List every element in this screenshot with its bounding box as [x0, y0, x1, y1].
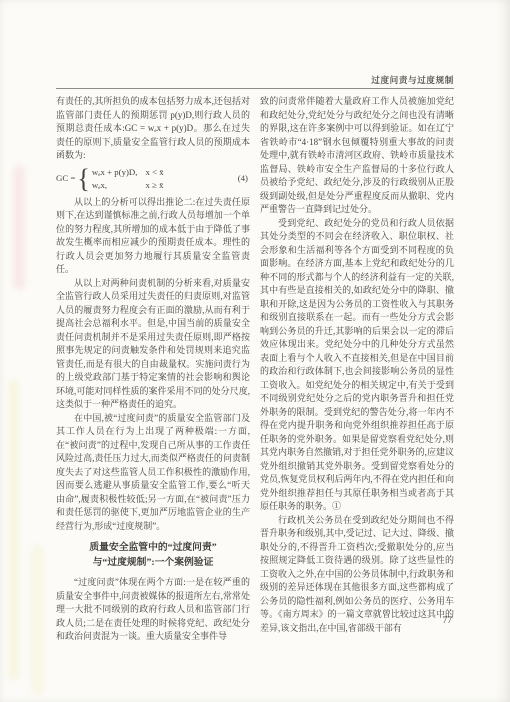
paragraph-continued-from-previous-page: 有责任的,其所担负的成本包括努力成本,还包括对监管部门责任人的预期惩罚 p(y)…	[56, 95, 250, 163]
paragraph-civil-servant-rules: 行政机关公务员在受到政纪处分期间也不得晋升职务和级别,其中,受记过、记大过、降级…	[260, 514, 454, 636]
section-heading-line2: 与“过度规制”:一个案例验证	[56, 555, 250, 570]
case2-condition: x ≥ x̄	[145, 179, 163, 192]
case2-expression: wₑx,	[92, 179, 138, 192]
equation-4: GC = { wₑx + p(y)D, x < x̄ wₑx, x ≥ x̄ (…	[56, 166, 250, 192]
case1-expression: wₑx + p(y)D,	[92, 166, 138, 179]
paragraph-corollary: 从以上的分析可以得出推论二:在过失责任原则下,在达到谨慎标准之前,行政人员每增加…	[56, 196, 250, 277]
scan-stain	[13, 165, 25, 290]
equation-number: (4)	[238, 172, 250, 186]
running-header: 过度问责与过度规制	[371, 74, 454, 86]
paragraph-case-continued: 致的问责常伴随着大量政府工作人员被施加党纪和政纪处分,党纪处分与政纪处分之间也没…	[260, 95, 454, 217]
right-column: 致的问责常伴随着大量政府工作人员被施加党纪和政纪处分,党纪处分与政纪处分之间也没…	[260, 95, 454, 644]
paragraph-punishment-effects: 受到党纪、政纪处分的党员和行政人员依据其处分类型的不同会在经济收入、职位职权、社…	[260, 217, 454, 514]
section-heading: 质量安全监管中的“过度问责” 与“过度规制”:一个案例验证	[56, 540, 250, 570]
paragraph-case-intro: “过度问责”体现在两个方面:一是在较严重的质量安全事件中,问责被媒体的报道所左右…	[56, 576, 250, 644]
case1-condition: x < x̄	[145, 166, 163, 179]
scan-edge-shadow	[496, 0, 510, 702]
left-column: 有责任的,其所担负的成本包括努力成本,还包括对监管部门责任人的预期惩罚 p(y)…	[56, 95, 250, 644]
brace-glyph: {	[77, 165, 89, 192]
paragraph-two-extremes: 在中国,被“过度问责”的质量安全监管部门及其工作人员在行为上出现了两种极端:一方…	[56, 412, 250, 534]
text-columns: 有责任的,其所担负的成本包括努力成本,还包括对监管部门责任人的预期惩罚 p(y)…	[56, 95, 454, 644]
equation-lhs: GC =	[56, 172, 75, 186]
document-page: 过度问责与过度规制 有责任的,其所担负的成本包括努力成本,还包括对监管部门责任人…	[0, 0, 510, 702]
page-number: 77	[443, 616, 453, 626]
paragraph-analysis: 从以上对两种问责机制的分析来看,对质量安全监管行政人员采用过失责任的归责原则,对…	[56, 277, 250, 412]
scan-stain	[9, 380, 19, 680]
equation-cases: wₑx + p(y)D, x < x̄ wₑx, x ≥ x̄	[92, 166, 164, 191]
header-rule	[56, 88, 454, 89]
running-header-title: 过度问责与过度规制	[371, 75, 454, 85]
scan-stain	[31, 545, 43, 695]
section-heading-line1: 质量安全监管中的“过度问责”	[56, 540, 250, 555]
